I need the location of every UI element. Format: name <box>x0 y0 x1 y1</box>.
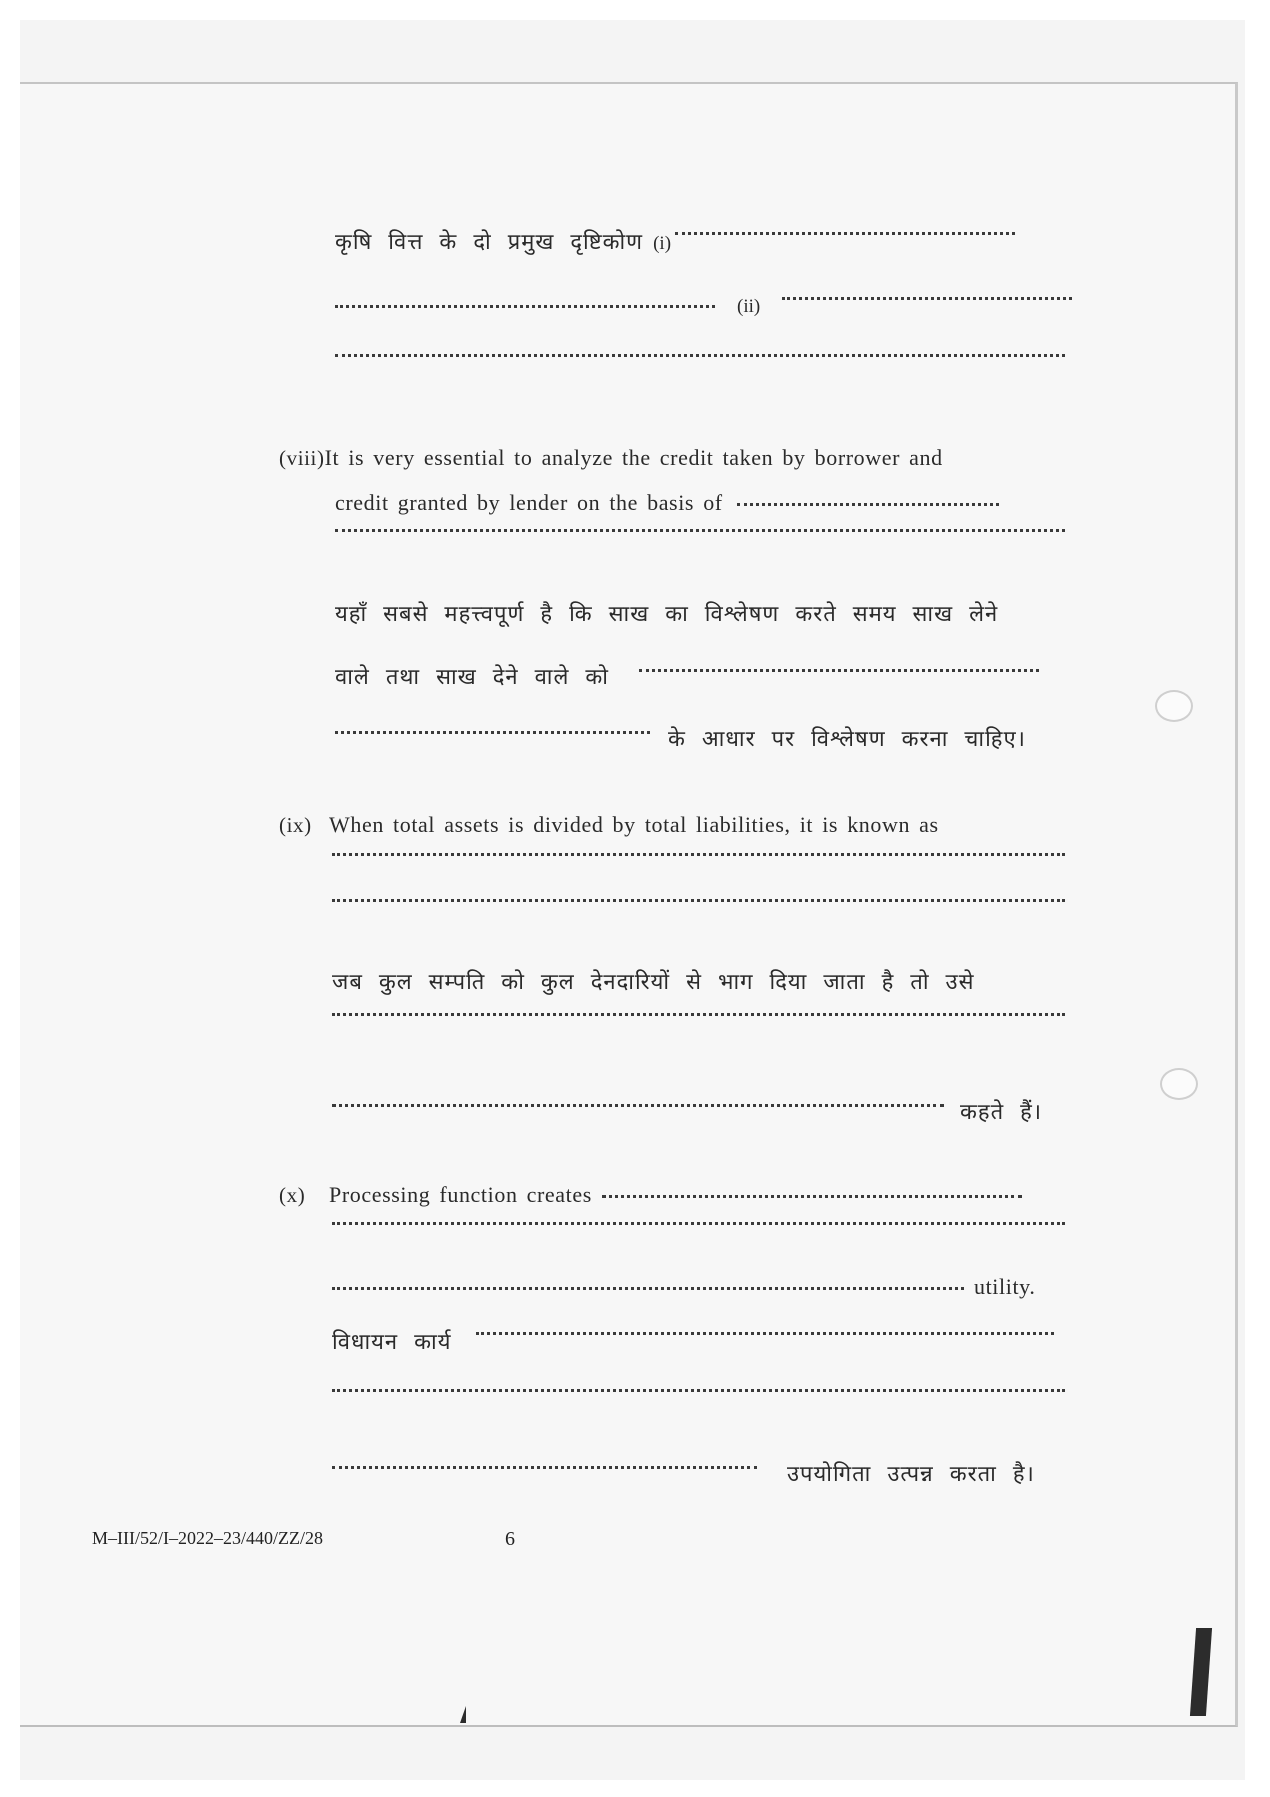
answer-blank[interactable] <box>639 669 1039 672</box>
torn-notch <box>1160 1068 1198 1100</box>
question-ix-line2 <box>332 857 1065 860</box>
question-text: credit granted by lender on the basis of <box>335 488 723 518</box>
answer-blank[interactable] <box>332 853 1065 856</box>
question-ix-line1: (ix) When total assets is divided by tot… <box>279 810 939 840</box>
question-viii-line3 <box>335 533 1065 536</box>
page-number: 6 <box>505 1528 515 1551</box>
answer-blank[interactable] <box>332 1389 1065 1392</box>
question-text: कहते हैं। <box>960 1098 1042 1128</box>
scan-mark <box>460 1706 466 1723</box>
paper-code: M–III/52/I–2022–23/440/ZZ/28 <box>92 1528 323 1549</box>
question-x-hindi-line2 <box>332 1393 1065 1396</box>
question-text: विधायन कार्य <box>332 1328 451 1358</box>
answer-blank[interactable] <box>782 297 1072 300</box>
question-text: When total assets is divided by total li… <box>329 810 939 840</box>
question-ix-hindi-line2 <box>332 1017 1065 1020</box>
question-x-hindi-line1: विधायन कार्य <box>332 1328 1054 1358</box>
answer-blank[interactable] <box>675 232 1015 235</box>
question-viii-line1: (viii) It is very essential to analyze t… <box>279 443 943 473</box>
part-label: (i) <box>653 229 671 259</box>
question-number: (viii) <box>279 443 325 473</box>
question-text: utility. <box>974 1272 1035 1302</box>
question-text: उपयोगिता उत्पन्न करता है। <box>787 1460 1035 1490</box>
question-vii-hindi-line2: (ii) <box>335 292 1072 322</box>
answer-blank[interactable] <box>335 529 1065 532</box>
part-label: (ii) <box>737 292 760 322</box>
answer-blank[interactable] <box>332 1104 944 1107</box>
question-text: Processing function creates <box>329 1180 592 1210</box>
question-number: (ix) <box>279 810 329 840</box>
question-vii-hindi-line1: कृषि वित्त के दो प्रमुख दृष्टिकोण (i) <box>335 228 1015 259</box>
question-viii-hindi-line2: वाले तथा साख देने वाले को <box>335 663 1039 693</box>
question-text: जब कुल सम्पति को कुल देनदारियों से भाग द… <box>332 968 974 998</box>
question-x-line1: (x) Processing function creates <box>279 1180 1022 1210</box>
question-x-hindi-line3: उपयोगिता उत्पन्न करता है। <box>332 1460 1035 1490</box>
answer-blank[interactable] <box>332 899 1065 902</box>
question-text: के आधार पर विश्लेषण करना चाहिए। <box>668 725 1026 755</box>
answer-blank[interactable] <box>332 1287 964 1290</box>
question-text: यहाँ सबसे महत्त्वपूर्ण है कि साख का विश्… <box>335 600 998 630</box>
question-x-line3: utility. <box>332 1272 1035 1302</box>
answer-blank[interactable] <box>335 305 715 308</box>
answer-blank[interactable] <box>332 1466 757 1469</box>
question-viii-line2: credit granted by lender on the basis of <box>335 488 999 518</box>
torn-notch <box>1155 690 1193 722</box>
question-viii-hindi-line1: यहाँ सबसे महत्त्वपूर्ण है कि साख का विश्… <box>335 600 998 630</box>
answer-blank[interactable] <box>332 1222 1065 1225</box>
question-ix-line3 <box>332 903 1065 906</box>
question-vii-hindi-line3 <box>335 358 1065 361</box>
question-ix-hindi-line3: कहते हैं। <box>332 1098 1042 1128</box>
answer-blank[interactable] <box>476 1332 1054 1335</box>
question-text: कृषि वित्त के दो प्रमुख दृष्टिकोण <box>335 228 643 258</box>
question-viii-hindi-line3: के आधार पर विश्लेषण करना चाहिए। <box>335 725 1026 755</box>
question-number: (x) <box>279 1180 329 1210</box>
answer-blank[interactable] <box>335 731 650 734</box>
question-text: It is very essential to analyze the cred… <box>325 443 943 473</box>
answer-blank[interactable] <box>335 354 1065 357</box>
question-text: वाले तथा साख देने वाले को <box>335 663 609 693</box>
answer-blank[interactable] <box>737 503 999 506</box>
answer-blank[interactable] <box>332 1013 1065 1016</box>
question-ix-hindi-line1: जब कुल सम्पति को कुल देनदारियों से भाग द… <box>332 968 974 998</box>
answer-blank[interactable] <box>602 1195 1022 1198</box>
question-x-line2 <box>332 1226 1065 1229</box>
